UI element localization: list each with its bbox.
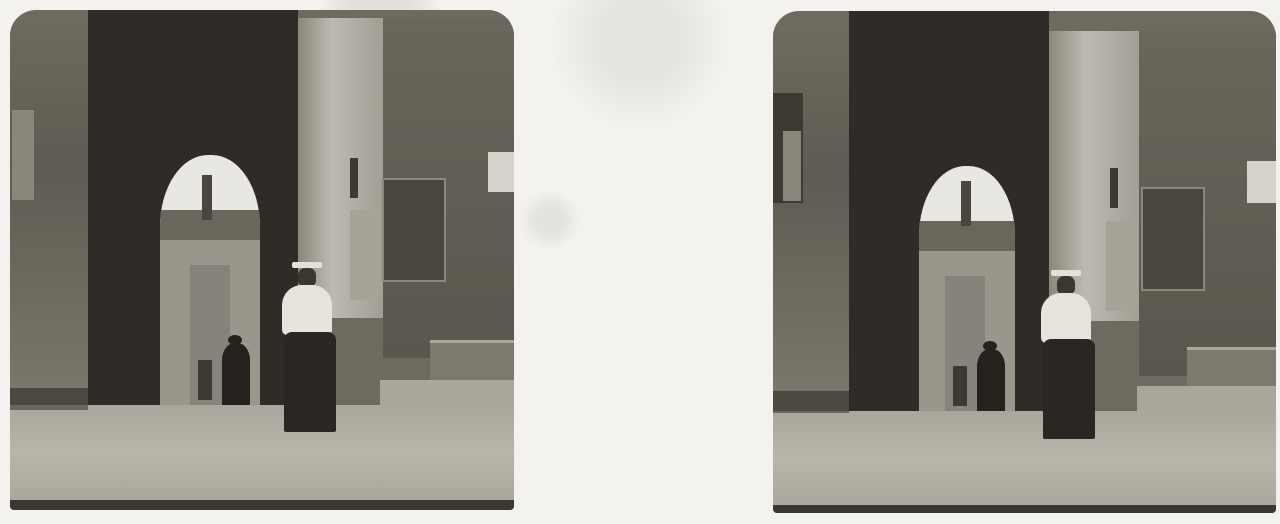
wall-poster (382, 178, 446, 282)
arch-opening (919, 166, 1015, 416)
man-walking (1041, 293, 1091, 343)
posters-column (1106, 221, 1138, 311)
stereo-right-view (773, 11, 1276, 513)
street (10, 405, 514, 500)
left-building-wall (773, 31, 849, 391)
stone-trough (1187, 347, 1276, 390)
small-poster (488, 152, 514, 192)
arch-opening (160, 155, 260, 410)
man-walking (282, 285, 332, 335)
narrow-window (350, 158, 358, 198)
posters-column (350, 210, 380, 300)
narrow-window (1110, 168, 1118, 208)
left-window (12, 110, 34, 200)
stereo-left-view (10, 10, 514, 510)
wall-poster (1141, 187, 1205, 291)
street (773, 411, 1276, 506)
left-building-wall (10, 18, 88, 388)
small-poster (1247, 161, 1276, 203)
stone-trough (430, 340, 514, 383)
